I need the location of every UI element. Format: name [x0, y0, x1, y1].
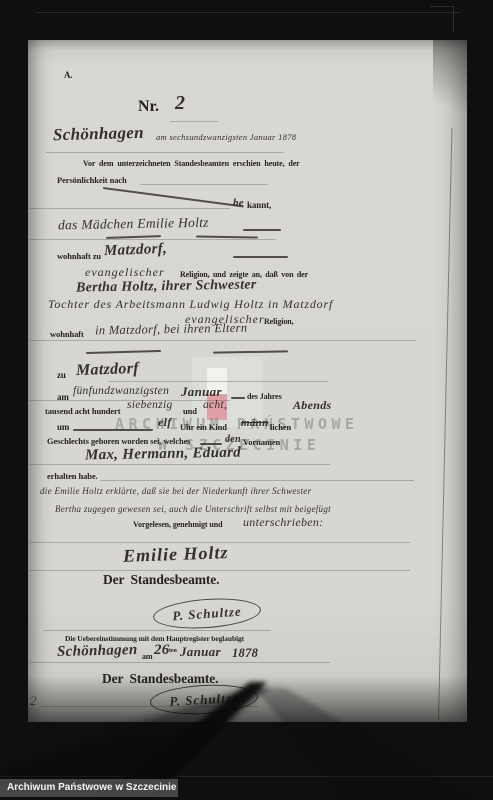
archival-photo: ARCHIWUM PAŃSTWOWE W SZCZECINIE A. Nr. 2…: [0, 0, 493, 800]
archive-caption: Archiwum Państwowe w Szczecinie: [0, 779, 178, 797]
document-holder-shadow: [0, 0, 493, 800]
